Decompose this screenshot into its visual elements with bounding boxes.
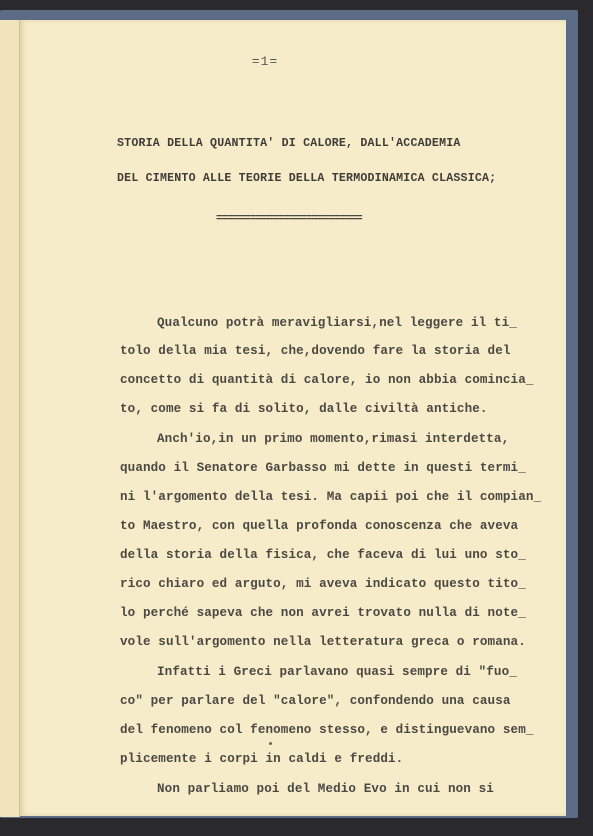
body-line: del fenomeno col fenomeno stesso, e dist… [120,723,534,737]
body-line: tolo della mia tesi, che,dovendo fare la… [120,344,511,358]
body-line: Infatti i Greci parlavano quasi sempre d… [157,665,517,679]
body-line: quando il Senatore Garbasso mi dette in … [120,461,526,475]
body-line: Anch'io,in un primo momento,rimasi inter… [157,432,509,446]
left-page-edge [0,20,20,817]
title-separator: ========================== [216,213,362,225]
body-line: Non parliamo poi del Medio Evo in cui no… [157,782,494,796]
body-line: to, come si fa di solito, dalle civiltà … [120,402,488,416]
page-number: =1= [0,54,538,69]
body-line: lo perché sapeva che non avrei trovato n… [120,606,526,620]
body-line: co" per parlare del "calore", confondend… [120,694,511,708]
ink-speck [269,742,272,745]
body-line: to Maestro, con quella profonda conoscen… [120,519,518,533]
body-line: vole sull'argomento nella letteratura gr… [120,635,526,649]
body-line: della storia della fisica, che faceva di… [120,548,526,562]
document-page: =1= STORIA DELLA QUANTITA' DI CALORE, DA… [20,20,566,816]
body-line: plicemente i corpi in caldi e freddi. [120,752,403,766]
title-line-2: DEL CIMENTO ALLE TEORIE DELLA TERMODINAM… [117,172,496,185]
body-line: concetto di quantità di calore, io non a… [120,373,534,387]
title-line-1: STORIA DELLA QUANTITA' DI CALORE, DALL'A… [117,137,461,150]
body-line: Qualcuno potrà meravigliarsi,nel leggere… [157,316,517,330]
body-line: rico chiaro ed arguto, mi aveva indicato… [120,577,526,591]
body-line: ni l'argomento della tesi. Ma capii poi … [120,490,541,504]
